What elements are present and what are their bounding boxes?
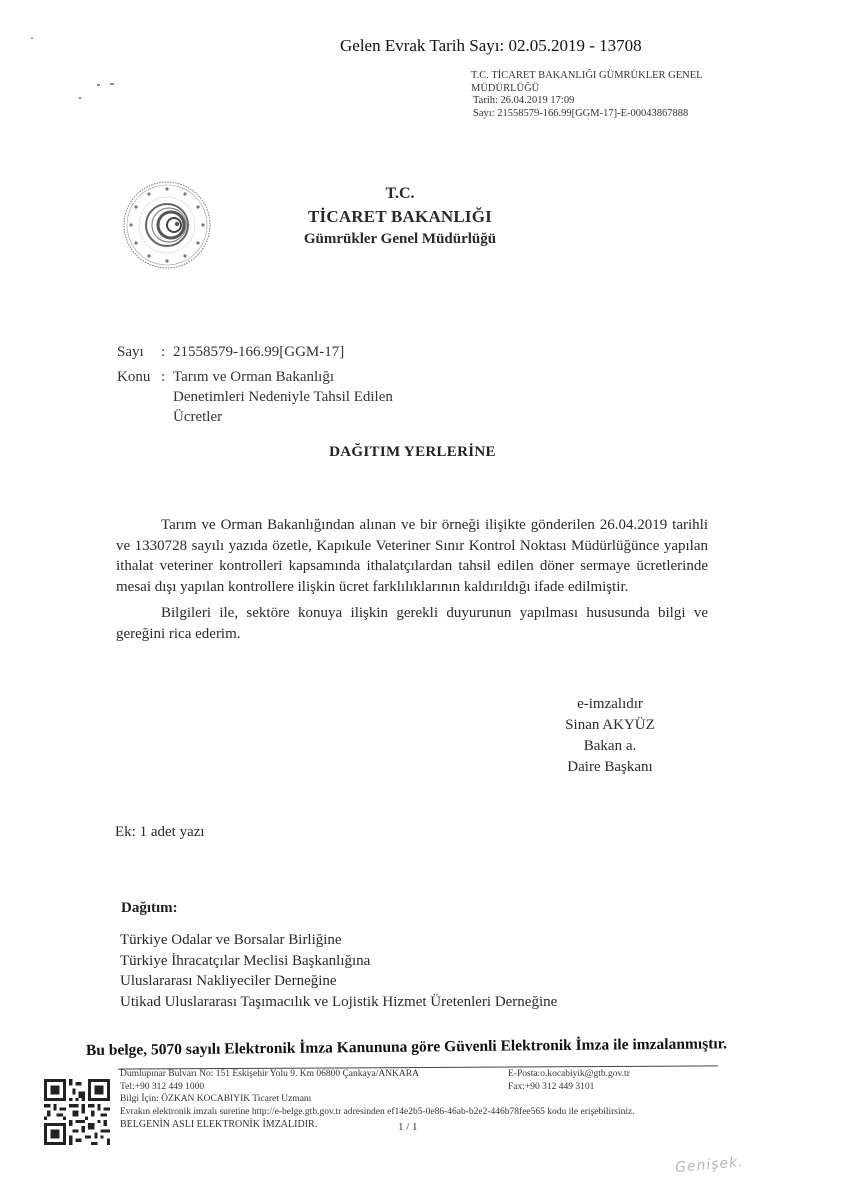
letterhead-directorate: Gümrükler Genel Müdürlüğü	[300, 228, 500, 251]
addressee-heading: DAĞITIM YERLERİNE	[300, 444, 525, 461]
footer-email: E-Posta:o.kocabiyik@gtb.gov.tr	[508, 1068, 630, 1081]
distribution-title: Dağıtım:	[121, 900, 178, 917]
stamp-org-line2: MÜDÜRLÜĞÜ	[471, 83, 703, 96]
e-signed-label: e-imzalıdır	[540, 694, 680, 715]
footer-address: Dumlupınar Bulvarı No: 151 Eskişehir Yol…	[120, 1069, 419, 1079]
separator: :	[161, 367, 173, 427]
footer-phone: Tel:+90 312 449 1000	[120, 1082, 204, 1092]
subject-label: Konu	[117, 367, 161, 427]
footer-verification: Evrakın elektronik imzalı suretine http:…	[120, 1106, 730, 1119]
footer-info: Dumlupınar Bulvarı No: 151 Eskişehir Yol…	[120, 1068, 730, 1132]
ebys-stamp: T.C. TİCARET BAKANLIĞI GÜMRÜKLER GENEL M…	[471, 70, 703, 120]
body-paragraph: Tarım ve Orman Bakanlığından alınan ve b…	[116, 515, 708, 597]
signer-title: Daire Başkanı	[540, 757, 680, 778]
footer-line: Tel:+90 312 449 1000 Fax:+90 312 449 310…	[120, 1081, 730, 1094]
original-notice: BELGENİN ASLI ELEKTRONİK İMZALIDIR.	[120, 1119, 317, 1130]
stamp-date: Tarih: 26.04.2019 17:09	[471, 95, 703, 108]
distribution-list: Türkiye Odalar ve Borsalar Birliğine Tür…	[120, 930, 557, 1012]
distribution-item: Uluslararası Nakliyeciler Derneğine	[120, 971, 557, 992]
separator: :	[161, 342, 173, 362]
body-paragraph: Bilgileri ile, sektöre konuya ilişkin ge…	[116, 603, 708, 644]
distribution-item: Türkiye İhracatçılar Meclisi Başkanlığın…	[120, 951, 557, 972]
letter-body: Tarım ve Orman Bakanlığından alınan ve b…	[116, 515, 708, 644]
signature-block: e-imzalıdır Sinan AKYÜZ Bakan a. Daire B…	[540, 694, 680, 778]
footer-fax: Fax:+90 312 449 3101	[508, 1081, 594, 1094]
footer-line: BELGENİN ASLI ELEKTRONİK İMZALIDIR. 1 / …	[120, 1119, 730, 1132]
distribution-item: Türkiye Odalar ve Borsalar Birliğine	[120, 930, 557, 951]
letterhead-country: T.C.	[300, 182, 500, 205]
distribution-item: Utikad Uluslararası Taşımacılık ve Lojis…	[120, 992, 557, 1013]
signer-on-behalf: Bakan a.	[540, 736, 680, 757]
scan-speck	[79, 97, 81, 99]
subject-line: Ücretler	[173, 407, 393, 427]
meta-subject-row: Konu : Tarım ve Orman Bakanlığı Denetiml…	[117, 367, 393, 427]
scan-speck	[110, 83, 114, 85]
stamp-org-line1: T.C. TİCARET BAKANLIĞI GÜMRÜKLER GENEL	[471, 70, 703, 83]
qr-code-icon	[44, 1079, 110, 1145]
incoming-document-stamp: Gelen Evrak Tarih Sayı: 02.05.2019 - 137…	[340, 36, 642, 56]
letterhead: T.C. TİCARET BAKANLIĞI Gümrükler Genel M…	[300, 182, 500, 251]
number-value: 21558579-166.99[GGM-17]	[173, 342, 344, 362]
page-number: 1 / 1	[398, 1121, 418, 1134]
subject-line: Tarım ve Orman Bakanlığı	[173, 367, 393, 387]
attachment-note: Ek: 1 adet yazı	[115, 824, 205, 841]
scan-speck	[31, 37, 33, 39]
footer-contact: Bilgi İçin: ÖZKAN KOCABIYIK Ticaret Uzma…	[120, 1093, 730, 1106]
signer-name: Sinan AKYÜZ	[540, 715, 680, 736]
handwritten-note: Genişek.	[674, 1154, 744, 1176]
document-meta: Sayı : 21558579-166.99[GGM-17] Konu : Ta…	[117, 342, 393, 427]
stamp-number: Sayı: 21558579-166.99[GGM-17]-E-00043867…	[471, 108, 703, 121]
e-signature-legal-notice: Bu belge, 5070 sayılı Elektronik İmza Ka…	[86, 1035, 727, 1060]
letterhead-ministry: TİCARET BAKANLIĞI	[300, 205, 500, 228]
footer-line: Dumlupınar Bulvarı No: 151 Eskişehir Yol…	[120, 1068, 730, 1081]
number-label: Sayı	[117, 342, 161, 362]
meta-number-row: Sayı : 21558579-166.99[GGM-17]	[117, 342, 393, 362]
subject-line: Denetimleri Nedeniyle Tahsil Edilen	[173, 387, 393, 407]
scan-speck	[97, 84, 100, 86]
ministry-seal-icon	[122, 180, 212, 270]
subject-value: Tarım ve Orman Bakanlığı Denetimleri Ned…	[173, 367, 393, 427]
